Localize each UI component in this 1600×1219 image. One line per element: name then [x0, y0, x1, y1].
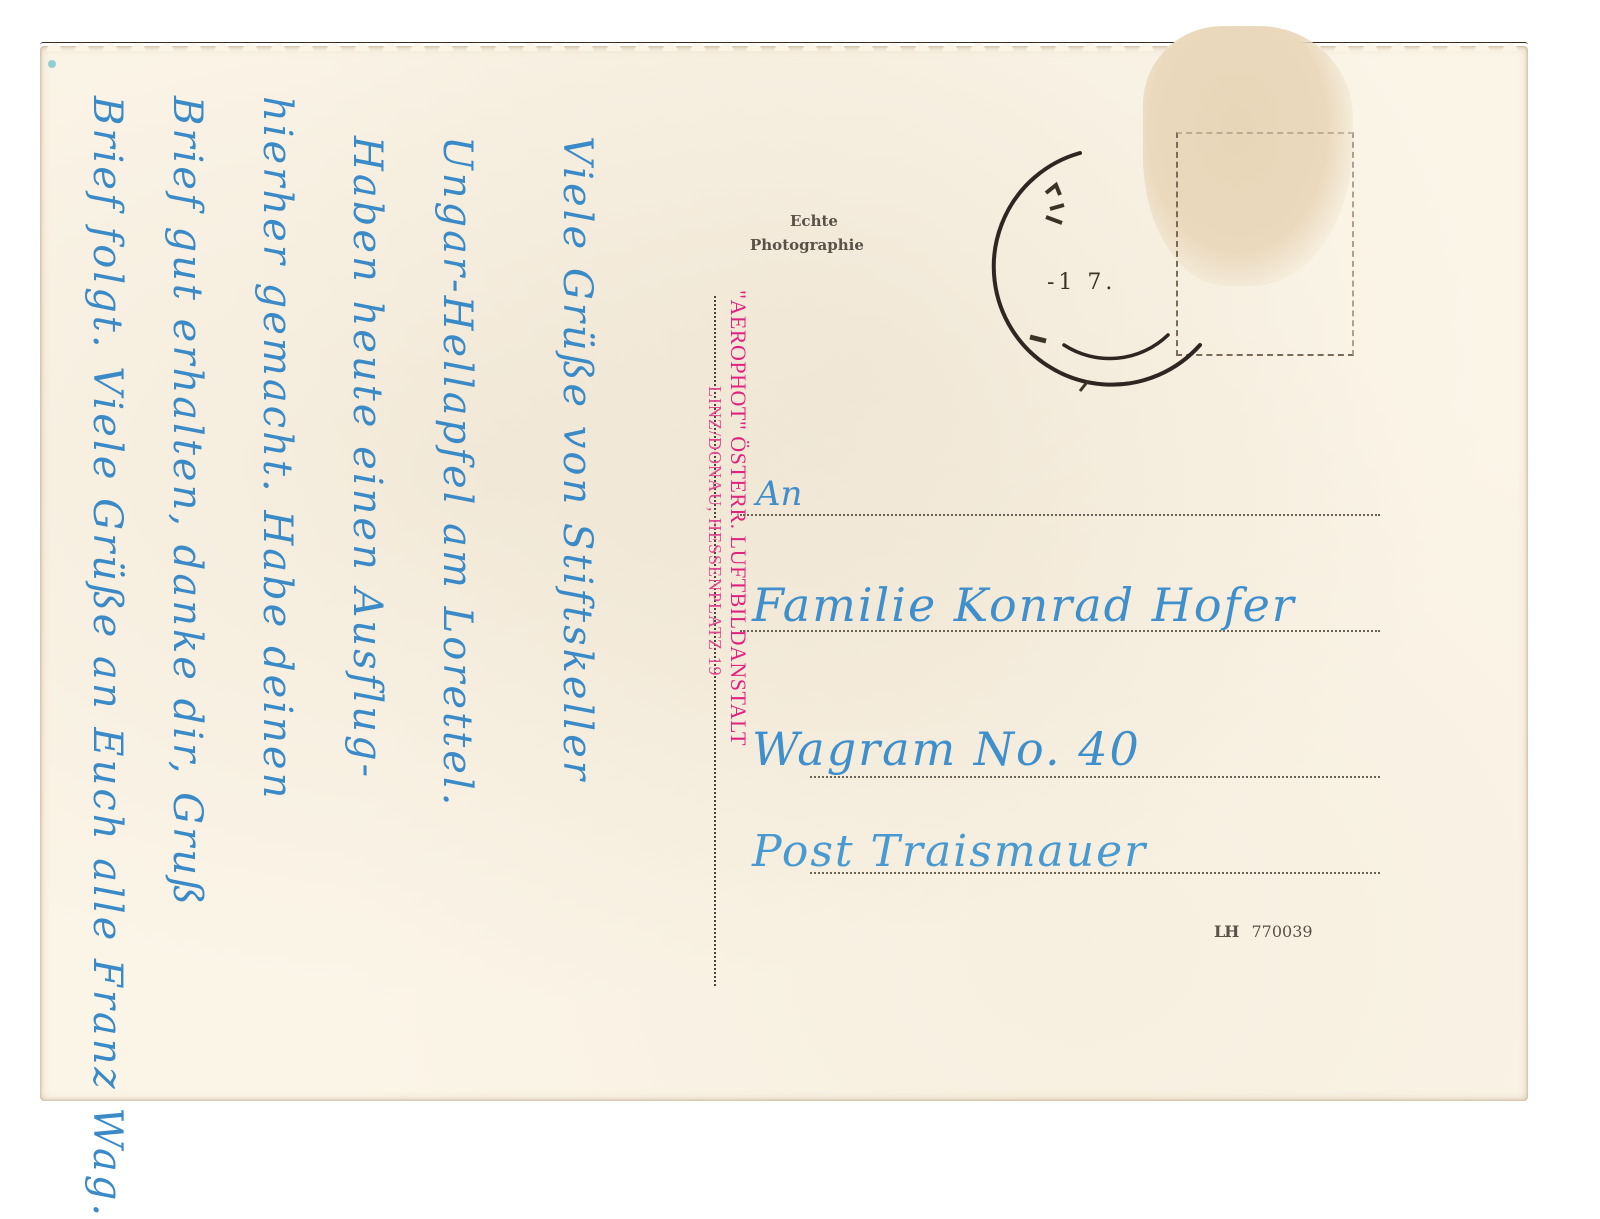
message-line: Viele Grüße von Stiftskeller	[554, 136, 600, 783]
ink-spot	[48, 60, 56, 68]
catalog-number: LH 770039	[1214, 922, 1313, 941]
message-line: Haben heute einen Ausflug-	[344, 136, 390, 780]
scalloped-edge	[40, 42, 1528, 51]
publisher-name: "AEROPHOT" ÖSTERR. LUFTBILDANSTALT	[726, 290, 750, 746]
postmark-date: -1 7.	[1047, 270, 1116, 295]
message-line: hierher gemacht. Habe deinen	[254, 96, 300, 801]
publisher-address: LINZ/DONAU, HESSENPLATZ 19	[704, 386, 726, 746]
echte-label: Echte	[790, 212, 838, 230]
postmark-icon	[968, 135, 1228, 400]
message-line: Brief gut erhalten, danke dir, Gruß	[164, 96, 210, 908]
address-salutation: An	[756, 474, 802, 514]
address-street: Wagram No. 40	[752, 722, 1141, 776]
message-line: Ungar-Hellapfel am Lorettel.	[434, 136, 480, 808]
photographie-label: Photographie	[750, 236, 864, 254]
address-line-1	[740, 514, 1380, 516]
catalog-id: 770039	[1251, 922, 1312, 941]
message-line: Brief folgt. Viele Grüße an Euch alle Fr…	[84, 96, 130, 1167]
address-recipient: Familie Konrad Hofer	[752, 578, 1296, 632]
address-line-3	[810, 776, 1380, 778]
address-post-office: Post Traismauer	[752, 826, 1147, 877]
publisher-logo: LH	[1214, 922, 1238, 941]
